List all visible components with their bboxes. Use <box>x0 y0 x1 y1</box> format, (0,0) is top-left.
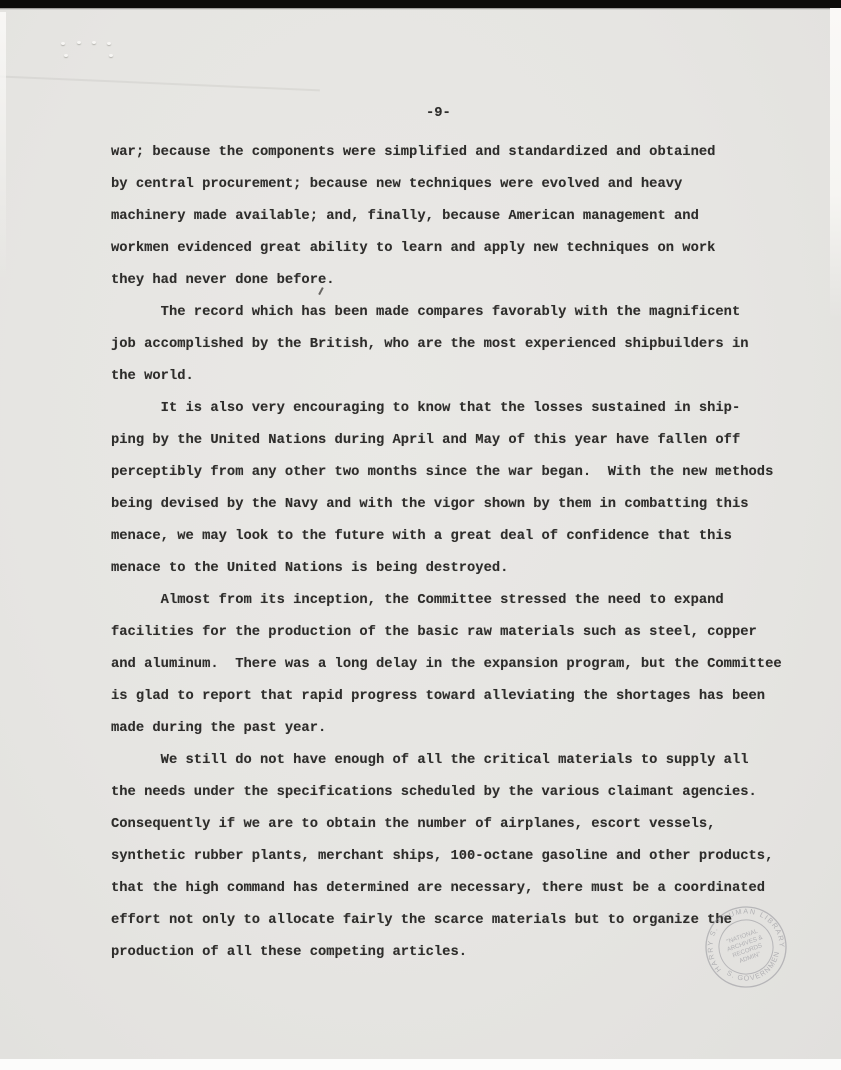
scan-edge-left <box>0 12 6 282</box>
stamp-center-text: "NATIONAL ARCHIVES & RECORDS ADMIN" <box>723 927 769 968</box>
text-line: the world. <box>111 361 811 393</box>
text-line: and aluminum. There was a long delay in … <box>111 649 811 681</box>
staple-mark <box>77 41 81 44</box>
staple-mark <box>92 41 96 44</box>
scanned-document-page: -9- war; because the components were sim… <box>0 0 841 1070</box>
text-line: facilities for the production of the bas… <box>111 617 811 649</box>
text-line: ping by the United Nations during April … <box>111 425 811 457</box>
text-line: It is also very encouraging to know that… <box>111 393 811 425</box>
text-line: Almost from its inception, the Committee… <box>111 585 811 617</box>
text-line: being devised by the Navy and with the v… <box>111 489 811 521</box>
text-line: menace to the United Nations is being de… <box>111 553 811 585</box>
document-body: war; because the components were simplif… <box>111 137 811 969</box>
text-line: the needs under the specifications sched… <box>111 777 811 809</box>
text-line: We still do not have enough of all the c… <box>111 745 811 777</box>
staple-mark <box>61 42 65 45</box>
page-number: -9- <box>426 98 451 130</box>
text-line: The record which has been made compares … <box>111 297 811 329</box>
staple-mark <box>109 54 113 57</box>
text-line: job accomplished by the British, who are… <box>111 329 811 361</box>
text-line: synthetic rubber plants, merchant ships,… <box>111 841 811 873</box>
scan-edge-top <box>0 0 841 8</box>
text-line: is glad to report that rapid progress to… <box>111 681 811 713</box>
text-line: workmen evidenced great ability to learn… <box>111 233 811 265</box>
text-line: by central procurement; because new tech… <box>111 169 811 201</box>
staple-mark <box>107 42 111 45</box>
text-line: Consequently if we are to obtain the num… <box>111 809 811 841</box>
text-line: made during the past year. <box>111 713 811 745</box>
text-line: menace, we may look to the future with a… <box>111 521 811 553</box>
scan-edge-bottom <box>0 1059 841 1070</box>
staple-mark <box>64 54 68 57</box>
text-line: perceptibly from any other two months si… <box>111 457 811 489</box>
scan-edge-right <box>830 8 841 318</box>
text-line: war; because the components were simplif… <box>111 137 811 169</box>
text-line: they had never done before. <box>111 265 811 297</box>
archive-stamp: HARRY S. TRUMAN LIBRARY U.S. GOVERNMENT … <box>696 897 796 997</box>
text-line: machinery made available; and, finally, … <box>111 201 811 233</box>
